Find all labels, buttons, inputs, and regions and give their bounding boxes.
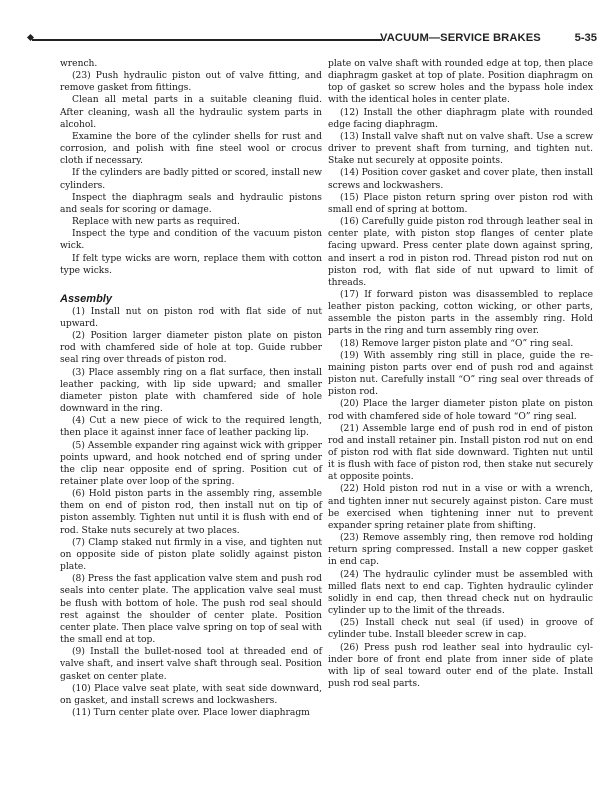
step-paragraph: (4) Cut a new piece of wick to the requi… bbox=[60, 415, 322, 439]
step-paragraph: (15) Place piston return spring over pis… bbox=[328, 192, 593, 216]
step-paragraph: (12) Install the other diaphragm plate w… bbox=[328, 107, 593, 131]
section-heading-assembly: Assembly bbox=[60, 293, 322, 306]
step-paragraph: (13) Install valve shaft nut on valve sh… bbox=[328, 131, 593, 167]
step-paragraph: (1) Install nut on piston rod with flat … bbox=[60, 306, 322, 330]
paragraph: Replace with new parts as required. bbox=[60, 216, 322, 228]
step-paragraph: (19) With assembly ring still in place, … bbox=[328, 350, 593, 399]
step-paragraph: (17) If forward piston was disassembled … bbox=[328, 289, 593, 338]
paragraph: wrench. bbox=[60, 58, 322, 70]
step-paragraph: (24) The hydraulic cylinder must be asse… bbox=[328, 569, 593, 618]
step-paragraph: (25) Install check nut seal (if used) in… bbox=[328, 617, 593, 641]
step-paragraph: (22) Hold piston rod nut in a vise or wi… bbox=[328, 483, 593, 532]
step-paragraph: (2) Position larger diameter piston plat… bbox=[60, 330, 322, 366]
step-paragraph: (20) Place the larger diameter piston pl… bbox=[328, 398, 593, 422]
step-paragraph: plate on valve shaft with rounded edge a… bbox=[328, 58, 593, 107]
step-paragraph: (7) Clamp staked nut firmly in a vise, a… bbox=[60, 537, 322, 573]
step-paragraph: (14) Position cover gasket and cover pla… bbox=[328, 167, 593, 191]
step-paragraph: (6) Hold piston parts in the assembly ri… bbox=[60, 488, 322, 537]
page-header: VACUUM—SERVICE BRAKES 5-35 bbox=[28, 32, 600, 50]
paragraph: (23) Push hydraulic piston out of valve … bbox=[60, 70, 322, 94]
step-paragraph: (23) Remove assembly ring, then remove r… bbox=[328, 532, 593, 568]
step-paragraph: (26) Press push rod leather seal into hy… bbox=[328, 642, 593, 691]
section-title: VACUUM—SERVICE BRAKES bbox=[380, 32, 541, 44]
header-rule bbox=[32, 39, 382, 41]
step-paragraph: (9) Install the bullet-nosed tool at thr… bbox=[60, 646, 322, 682]
left-column: wrench. (23) Push hydraulic piston out o… bbox=[60, 58, 322, 719]
step-paragraph: (18) Remove larger piston plate and “O” … bbox=[328, 338, 593, 350]
paragraph: Clean all metal parts in a suitable clea… bbox=[60, 94, 322, 130]
step-paragraph: (8) Press the fast application valve ste… bbox=[60, 573, 322, 646]
paragraph: Inspect the diaphragm seals and hydrauli… bbox=[60, 192, 322, 216]
right-column: plate on valve shaft with rounded edge a… bbox=[328, 58, 593, 690]
step-paragraph: (16) Carefully guide piston rod through … bbox=[328, 216, 593, 289]
step-paragraph: (5) Assemble expander ring against wick … bbox=[60, 440, 322, 489]
step-paragraph: (3) Place assembly ring on a flat surfac… bbox=[60, 367, 322, 416]
paragraph: If the cylinders are badly pitted or sco… bbox=[60, 167, 322, 191]
step-paragraph: (10) Place valve seat plate, with seat s… bbox=[60, 683, 322, 707]
step-paragraph: (11) Turn center plate over. Place lower… bbox=[60, 707, 322, 719]
page-number: 5-35 bbox=[575, 32, 597, 44]
paragraph: Examine the bore of the cylinder shells … bbox=[60, 131, 322, 167]
step-paragraph: (21) Assemble large end of push rod in e… bbox=[328, 423, 593, 484]
paragraph: If felt type wicks are worn, replace the… bbox=[60, 253, 322, 277]
paragraph: Inspect the type and condition of the va… bbox=[60, 228, 322, 252]
